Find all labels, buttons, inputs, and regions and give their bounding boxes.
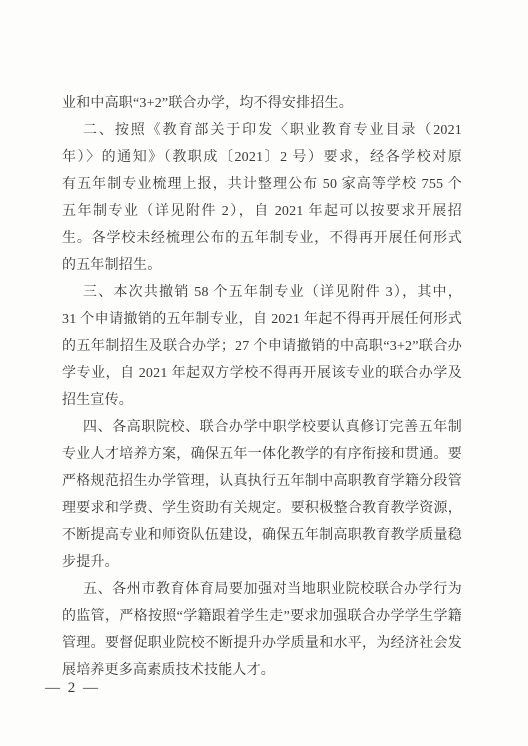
text-line: 四、各高职院校、联合办学中职学校要认真修订完善五年制 (62, 414, 462, 441)
text-line: 年）〉的通知》（教职成〔2021〕2 号）要求，经各学校对原 (62, 144, 462, 171)
paragraph: 三、本次共撤销 58 个五年制专业（详见附件 3），其中，31 个申请撤销的五年… (62, 279, 462, 414)
document-page: 业和中高职“3+2”联合办学，均不得安排招生。二、按照《教育部关于印发〈职业教育… (0, 0, 528, 746)
page-number: — 2 — (45, 680, 100, 697)
text-line: 不断提高专业和师资队伍建设，确保五年制高职教育教学质量稳 (62, 522, 462, 549)
text-line: 展培养更多高素质技术技能人才。 (62, 657, 462, 684)
text-line: 的五年制招生及联合办学；27 个申请撤销的中高职“3+2”联合办 (62, 333, 462, 360)
text-line: 31 个申请撤销的五年制专业，自 2021 年起不得再开展任何形式 (62, 306, 462, 333)
text-line: 步提升。 (62, 549, 462, 576)
text-line: 五年制专业（详见附件 2），自 2021 年起可以按要求开展招 (62, 198, 462, 225)
document-body: 业和中高职“3+2”联合办学，均不得安排招生。二、按照《教育部关于印发〈职业教育… (62, 90, 462, 684)
text-line: 业和中高职“3+2”联合办学，均不得安排招生。 (62, 90, 462, 117)
text-line: 学专业，自 2021 年起双方学校不得再开展该专业的联合办学及 (62, 360, 462, 387)
text-line: 专业人才培养方案，确保五年一体化教学的有序衔接和贯通。要 (62, 441, 462, 468)
text-line: 二、按照《教育部关于印发〈职业教育专业目录（2021 (62, 117, 462, 144)
paragraph: 五、各州市教育体育局要加强对当地职业院校联合办学行为的监管，严格按照“学籍跟着学… (62, 576, 462, 684)
text-line: 管理。要督促职业院校不断提升办学质量和水平，为经济社会发 (62, 630, 462, 657)
text-line: 理要求和学费、学生资助有关规定。要积极整合教育教学资源， (62, 495, 462, 522)
text-line: 三、本次共撤销 58 个五年制专业（详见附件 3），其中， (62, 279, 462, 306)
paragraph: 业和中高职“3+2”联合办学，均不得安排招生。 (62, 90, 462, 117)
text-line: 生。各学校未经梳理公布的五年制专业，不得再开展任何形式 (62, 225, 462, 252)
text-line: 招生宣传。 (62, 387, 462, 414)
text-line: 的五年制招生。 (62, 252, 462, 279)
paragraph: 四、各高职院校、联合办学中职学校要认真修订完善五年制专业人才培养方案，确保五年一… (62, 414, 462, 576)
text-line: 的监管，严格按照“学籍跟着学生走”要求加强联合办学学生学籍 (62, 603, 462, 630)
text-line: 五、各州市教育体育局要加强对当地职业院校联合办学行为 (62, 576, 462, 603)
paragraph: 二、按照《教育部关于印发〈职业教育专业目录（2021年）〉的通知》（教职成〔20… (62, 117, 462, 279)
text-line: 有五年制专业梳理上报，共计整理公布 50 家高等学校 755 个 (62, 171, 462, 198)
text-line: 严格规范招生办学管理，认真执行五年制中高职教育学籍分段管 (62, 468, 462, 495)
